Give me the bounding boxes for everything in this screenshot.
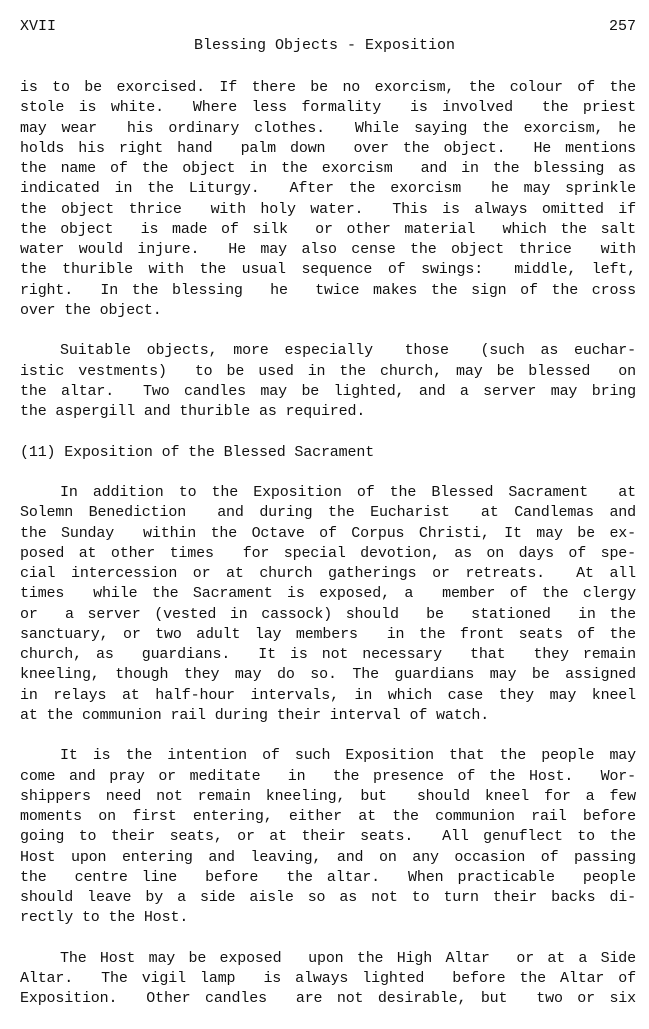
text-line: In addition to the Exposition of the Ble… xyxy=(20,483,636,503)
page-number: 257 xyxy=(609,18,636,35)
text-line: the thurible with the usual sequence of … xyxy=(20,260,636,280)
text-line: istic vestments) to be used in the churc… xyxy=(20,362,636,382)
running-head: XVII 257 xyxy=(20,18,636,38)
text-line: come and pray or meditate in the presenc… xyxy=(20,767,636,787)
text-line: sanctuary, or two adult lay members in t… xyxy=(20,625,636,645)
text-line: cial intercession or at church gathering… xyxy=(20,564,636,584)
text-line: indicated in the Liturgy. After the exor… xyxy=(20,179,636,199)
page-body: is to be exorcised. If there be no exorc… xyxy=(20,78,636,1010)
text-line: the Sunday within the Octave of Corpus C… xyxy=(20,524,636,544)
text-line: the name of the object in the exorcism a… xyxy=(20,159,636,179)
paragraph: The Host may be exposed upon the High Al… xyxy=(20,949,636,1010)
text-line: stole is white. Where less formality is … xyxy=(20,98,636,118)
paragraph: It is the intention of such Exposition t… xyxy=(20,746,636,928)
text-line: Host upon entering and leaving, and on a… xyxy=(20,848,636,868)
text-line: the aspergill and thurible as required. xyxy=(20,402,636,422)
paragraph: Suitable objects, more especially those … xyxy=(20,341,636,422)
text-line: water would injure. He may also cense th… xyxy=(20,240,636,260)
text-line: shippers need not remain kneeling, but s… xyxy=(20,787,636,807)
text-line: The Host may be exposed upon the High Al… xyxy=(20,949,636,969)
paragraph-gap xyxy=(20,321,636,341)
text-line: moments on first entering, either at the… xyxy=(20,807,636,827)
text-line: It is the intention of such Exposition t… xyxy=(20,746,636,766)
text-line: the altar. Two candles may be lighted, a… xyxy=(20,382,636,402)
paragraph-gap xyxy=(20,463,636,483)
text-line: rectly to the Host. xyxy=(20,908,636,928)
page-title: Blessing Objects - Exposition xyxy=(0,37,649,54)
chapter-number: XVII xyxy=(20,18,56,35)
text-line: Exposition. Other candles are not desira… xyxy=(20,989,636,1009)
paragraph-gap xyxy=(20,422,636,442)
text-line: kneeling, though they may do so. The gua… xyxy=(20,665,636,685)
text-line: the object thrice with holy water. This … xyxy=(20,200,636,220)
text-line: Altar. The vigil lamp is always lighted … xyxy=(20,969,636,989)
text-line: over the object. xyxy=(20,301,636,321)
text-line: is to be exorcised. If there be no exorc… xyxy=(20,78,636,98)
text-line: holds his right hand palm down over the … xyxy=(20,139,636,159)
text-line: times while the Sacrament is exposed, a … xyxy=(20,584,636,604)
text-line: going to their seats, or at their seats.… xyxy=(20,827,636,847)
paragraph: In addition to the Exposition of the Ble… xyxy=(20,483,636,726)
text-line: at the communion rail during their inter… xyxy=(20,706,636,726)
text-line: Solemn Benediction and during the Euchar… xyxy=(20,503,636,523)
text-line: the centre line before the altar. When p… xyxy=(20,868,636,888)
text-line: the object is made of silk or other mate… xyxy=(20,220,636,240)
text-line: church, as guardians. It is not necessar… xyxy=(20,645,636,665)
section-heading: (11) Exposition of the Blessed Sacrament xyxy=(20,443,636,463)
text-line: or a server (vested in cassock) should b… xyxy=(20,605,636,625)
text-line: right. In the blessing he twice makes th… xyxy=(20,281,636,301)
paragraph-gap xyxy=(20,726,636,746)
paragraph: is to be exorcised. If there be no exorc… xyxy=(20,78,636,321)
text-line: in relays at half-hour intervals, in whi… xyxy=(20,686,636,706)
text-line: posed at other times for special devotio… xyxy=(20,544,636,564)
paragraph-gap xyxy=(20,929,636,949)
text-line: Suitable objects, more especially those … xyxy=(20,341,636,361)
text-line: may wear his ordinary clothes. While say… xyxy=(20,119,636,139)
text-line: should leave by a side aisle so as not t… xyxy=(20,888,636,908)
